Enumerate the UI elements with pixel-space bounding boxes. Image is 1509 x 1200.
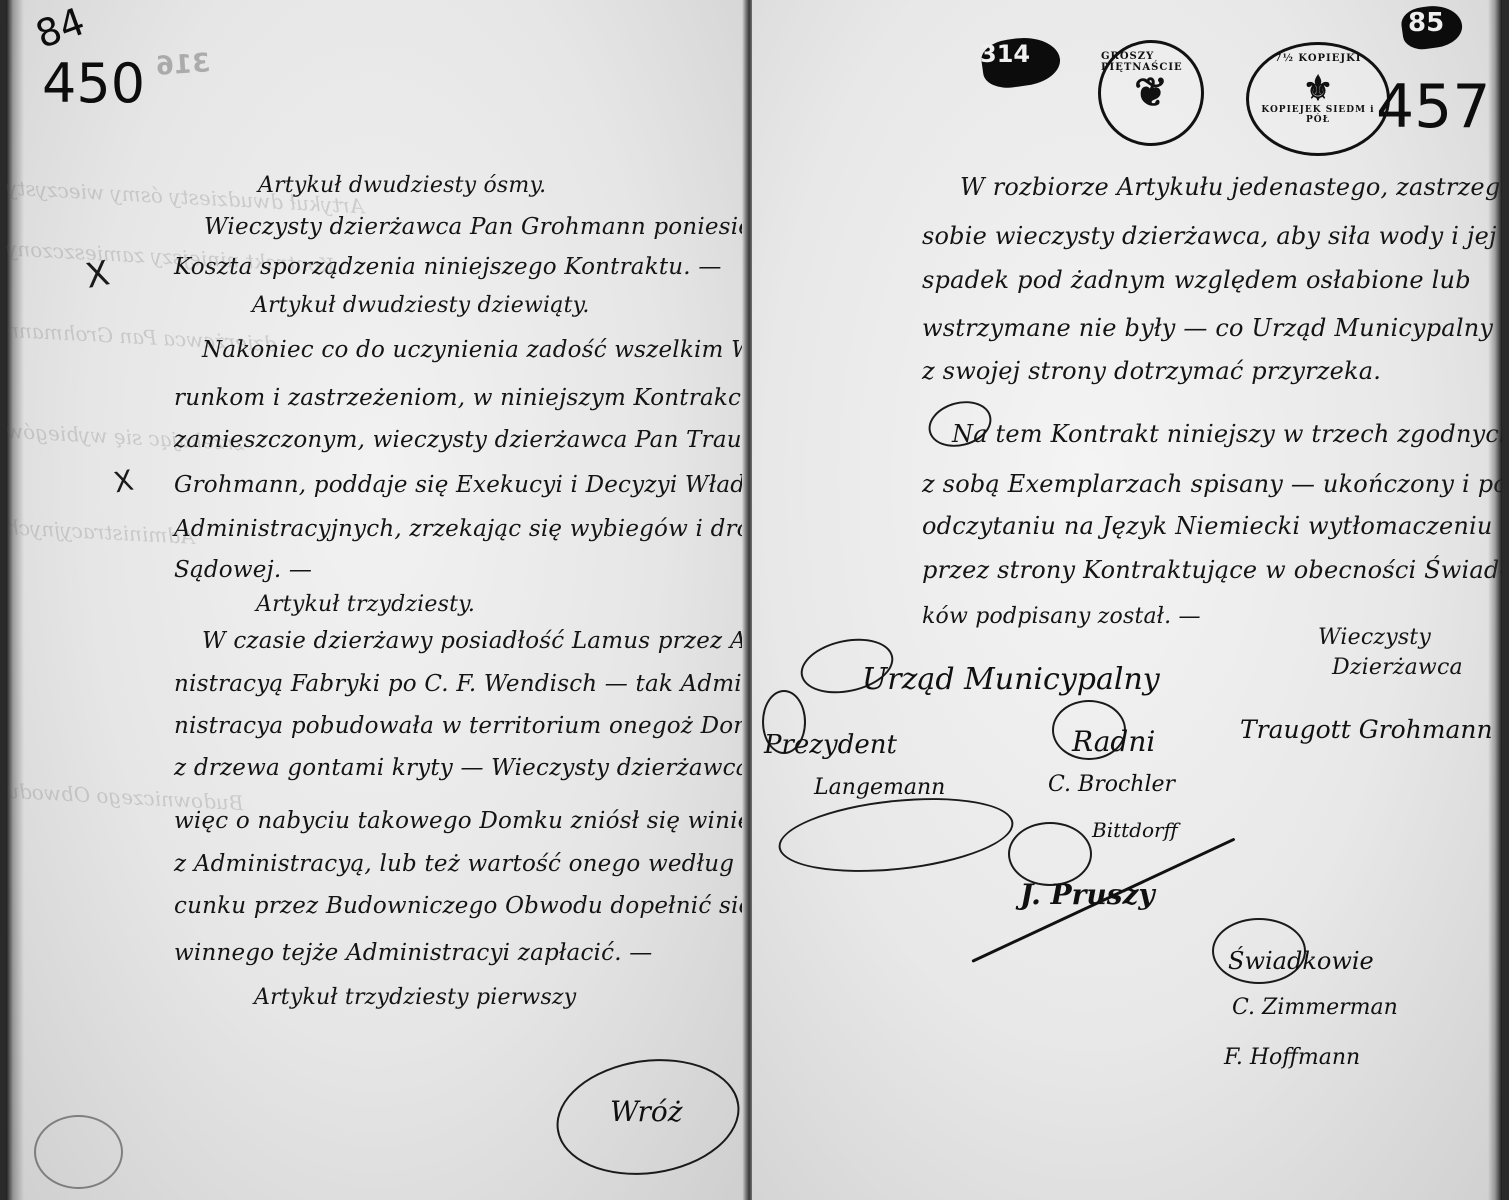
text-line: przez strony Kontraktujące w obecności Ś… [922, 556, 1502, 584]
text-line: W czasie dzierżawy posiadłość Lamus prze… [202, 628, 744, 654]
folio-number: 457 [1376, 72, 1491, 142]
witness-signature: F. Hoffmann [1224, 1045, 1360, 1070]
text-line: Koszta sporządzenia niniejszego Kontrakt… [174, 254, 722, 280]
tenant-label-line1: Wieczysty [1318, 625, 1431, 650]
text-line: ków podpisany został. — [922, 604, 1201, 629]
text-line: nistracyą Fabryki po C. F. Wendisch — ta… [174, 671, 744, 697]
article-30-heading: Artykuł trzydziesty. [256, 592, 475, 617]
text-line: z sobą Exemplarzach spisany — ukończony … [922, 470, 1502, 498]
text-line: Wieczysty dzierżawca Pan Grohmann ponies… [204, 214, 744, 240]
crossed-number-top-right: 85 [1408, 8, 1444, 38]
signature-underline-stroke [971, 838, 1235, 963]
councillor-signature: Bittdorff [1092, 818, 1178, 842]
crossed-number-top-left: 314 [980, 40, 1030, 68]
folio-number: 450 [42, 52, 145, 115]
text-line: z swojej strony dotrzymać przyrzeka. [922, 357, 1381, 385]
old-folio-number: 84 [30, 0, 90, 57]
text-line: runkom i zastrzeżeniom, w niniejszym Kon… [174, 385, 744, 411]
text-line: Na tem Kontrakt niniejszy w trzech zgodn… [952, 420, 1502, 448]
text-line: z Administracyą, lub też wartość onego w… [174, 851, 744, 877]
faint-seal-outline [34, 1115, 123, 1189]
president-label: Prezydent [764, 730, 897, 760]
text-line: z drzewa gontami kryty — Wieczysty dzier… [174, 755, 744, 781]
text-line: zamieszczonym, wieczysty dzierżawca Pan … [174, 427, 744, 453]
text-line: winnego tejże Administracyi zapłacić. — [174, 940, 652, 966]
eagle-emblem-icon: ❦ [1134, 73, 1168, 113]
councillors-label: Radni [1072, 725, 1155, 758]
document-spread: Artykuł dwudziesty ósmy wieczysty Kontra… [0, 0, 1509, 1200]
text-line: Nakoniec co do uczynienia zadość wszelki… [202, 337, 744, 363]
tax-stamp-7-5-kopiejek: 7½ KOPIEJKI ⚜ KOPIEJEK SIEDM i PÓŁ [1246, 42, 1390, 156]
witnesses-label: Świadkowie [1228, 947, 1374, 975]
office-label: Urząd Municypalny [862, 662, 1160, 697]
text-line: Sądowej. — [174, 557, 312, 583]
signature-wroz: Wróż [610, 1095, 683, 1128]
text-line: W rozbiorze Artykułu jedenastego, zastrz… [960, 173, 1502, 201]
councillor-signature: C. Brochler [1048, 772, 1175, 797]
witness-signature: C. Zimmerman [1232, 995, 1398, 1020]
stamp-text-bottom: KOPIEJEK SIEDM i PÓŁ [1249, 106, 1387, 126]
councillor-flourish [1008, 822, 1092, 886]
president-signature: Langemann [814, 775, 945, 800]
stamp-text-top: GROSZY PIĘTNAŚCIE [1101, 51, 1201, 73]
text-line: Grohmann, poddaje się Exekucyi i Decyzyi… [174, 472, 744, 498]
article-29-heading: Artykuł dwudziesty dziewiąty. [252, 293, 590, 318]
article-28-heading: Artykuł dwudziesty ósmy. [258, 173, 546, 198]
stamp-text-top: 7½ KOPIEJKI [1275, 53, 1362, 64]
text-line: więc o nabyciu takowego Domku zniósł się… [174, 808, 744, 834]
margin-cross-mark: X [83, 253, 113, 296]
text-line: sobie wieczysty dzierżawca, aby siła wod… [922, 222, 1497, 250]
right-page: 314 GROSZY PIĘTNAŚCIE ❦ 7½ KOPIEJKI ⚜ KO… [752, 0, 1502, 1200]
text-line: Administracyjnych, zrzekając się wybiegó… [174, 516, 744, 542]
double-eagle-emblem-icon: ⚜ [1303, 72, 1333, 106]
president-signature-flourish [775, 788, 1017, 882]
text-line: cunku przez Budowniczego Obwodu dopełnić… [174, 893, 744, 919]
text-line: odczytaniu na Język Niemiecki wytłomacze… [922, 512, 1493, 540]
text-line: spadek pod żadnym względem osłabione lub [922, 266, 1471, 294]
margin-cross-mark: X [111, 464, 136, 500]
tax-stamp-15-groszy: GROSZY PIĘTNAŚCIE ❦ [1098, 40, 1204, 146]
article-31-heading: Artykuł trzydziesty pierwszy [254, 985, 576, 1010]
text-line: wstrzymane nie były — co Urząd Municypal… [922, 314, 1493, 342]
faded-stamp-number: 316 [155, 48, 211, 82]
text-line: nistracya pobudowała w territorium onego… [174, 713, 744, 739]
tenant-signature: Traugott Grohmann [1240, 715, 1493, 744]
left-page: Artykuł dwudziesty ósmy wieczysty Kontra… [6, 0, 744, 1200]
tenant-label-line2: Dzierżawca [1332, 655, 1463, 680]
bleed-through-text: Administracyjnych [6, 515, 195, 549]
